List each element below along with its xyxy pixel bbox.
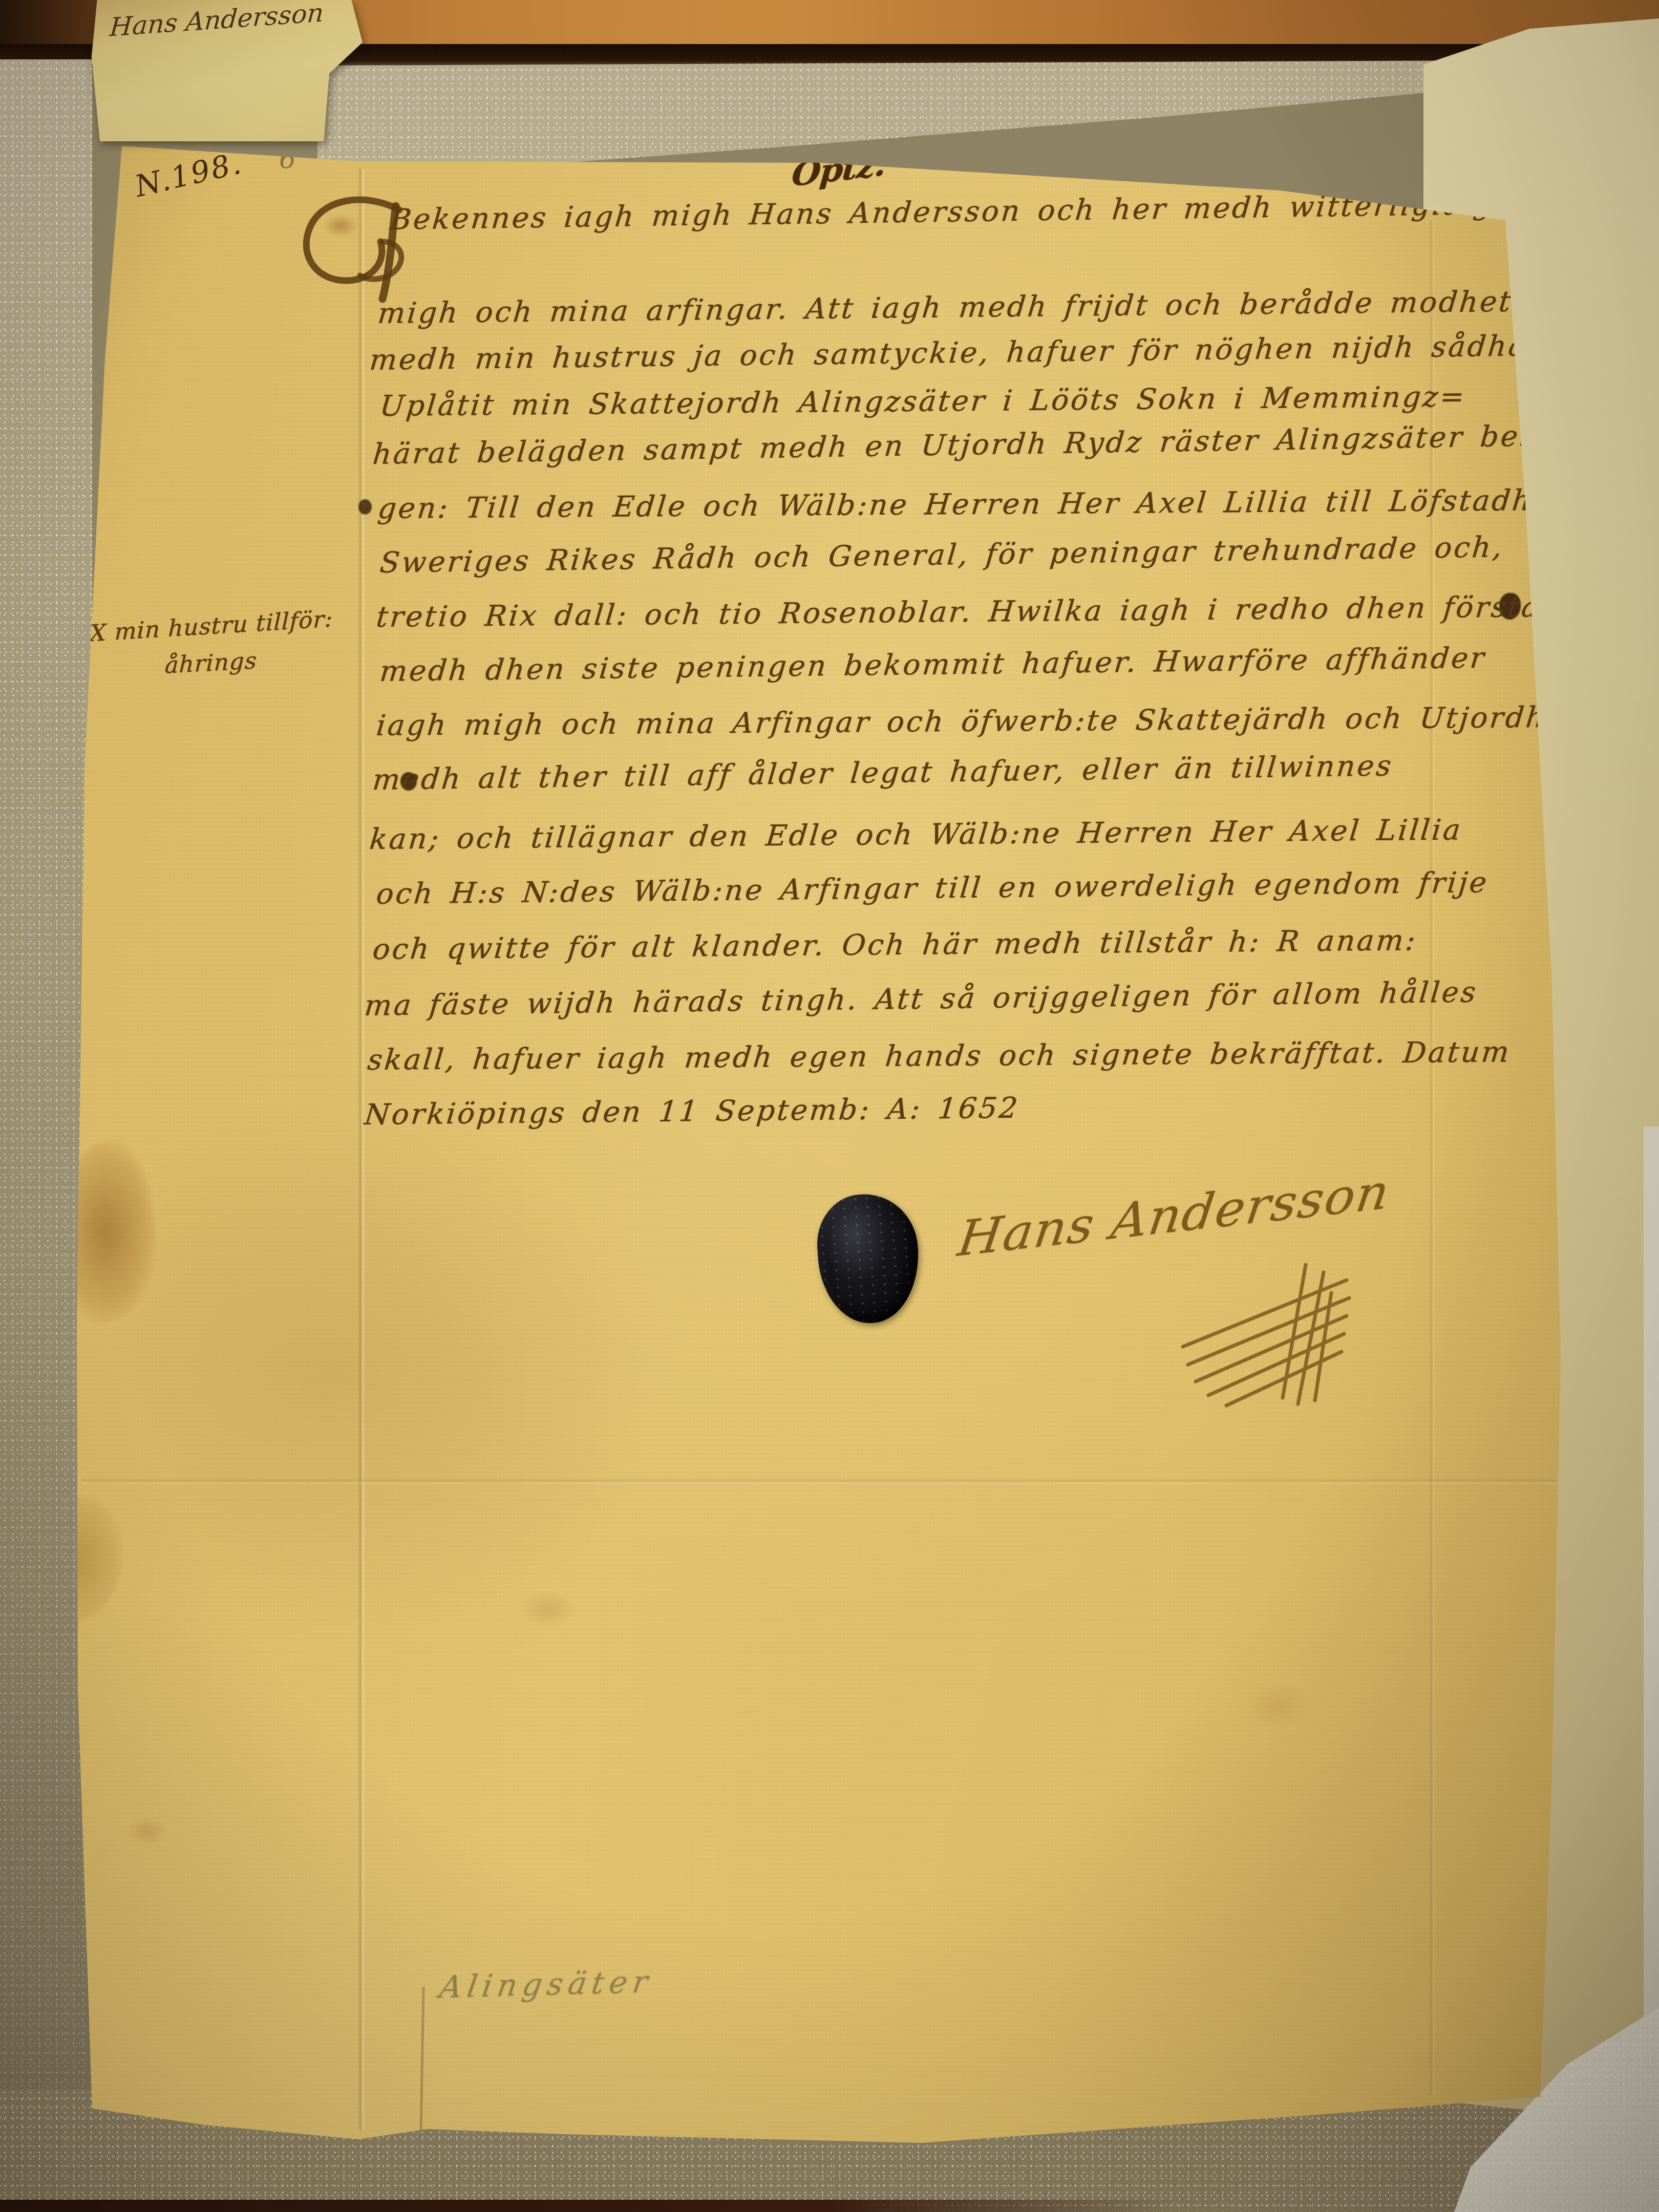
manuscript-line: kan; och tillägnar den Edle och Wälb:ne …	[368, 816, 1463, 854]
paper-label-tag-body: Hans Andersson	[86, 0, 363, 141]
margin-note-line: åhrings	[164, 649, 258, 676]
manuscript-line: medh alt ther till aff ålder legat hafue…	[371, 752, 1394, 795]
manuscript-line: och qwitte för alt klander. Och här medh…	[371, 926, 1418, 964]
signature-paraph-icon	[1178, 1244, 1352, 1408]
fold-crease	[357, 169, 366, 2130]
manuscript-line: ma fäste wijdh härads tingh. Att så orij…	[363, 978, 1479, 1020]
photo-bottom-edge	[0, 2200, 1178, 2212]
ink-blot	[358, 499, 372, 515]
parchment-document: N.198. 6 Optz. Bekennes iagh migh Hans A…	[0, 0, 1659, 2212]
manuscript-line: migh och mina arfingar. Att iagh medh fr…	[376, 286, 1629, 328]
manuscript-line: Sweriges Rikes Rådh och General, för pen…	[378, 533, 1505, 578]
tag-name-text: Hans Andersson	[109, 0, 325, 40]
fold-crease	[82, 1478, 1557, 1485]
manuscript-line: tretio Rix dall: och tio Rosenoblar. Hwi…	[375, 593, 1542, 632]
manuscript-line: Bekennes iagh migh Hans Andersson och he…	[389, 189, 1605, 235]
archival-number: N.198.	[132, 148, 245, 201]
margin-note-line: X min hustru tillför:	[90, 607, 333, 645]
manuscript-line: och H:s N:des Wälb:ne Arfingar till en o…	[375, 868, 1490, 909]
manuscript-line: Norkiöpings den 11 Septemb: A: 1652	[363, 1094, 1020, 1130]
pencil-folio-number: 6	[279, 146, 296, 173]
manuscript-line: medh min hustrus ja och samtyckie, hafue…	[368, 330, 1659, 375]
manuscript-line: gen: Till den Edle och Wälb:ne Herren He…	[376, 486, 1564, 523]
paper-label-tag: Hans Andersson	[86, 0, 363, 141]
stain	[522, 1592, 573, 1625]
mat-shading	[0, 59, 92, 2212]
stain	[1244, 1685, 1311, 1728]
stain	[128, 1818, 167, 1844]
manuscript-line: Uplåtit min Skattejordh Alingzsäter i Lö…	[378, 383, 1467, 421]
scribal-mark: Optz.	[791, 148, 887, 192]
manuscript-line: skall, hafuer iagh medh egen hands och s…	[366, 1038, 1512, 1075]
manuscript-line: iagh migh och mina Arfingar och öfwerb:t…	[375, 704, 1548, 740]
initial-letter-flourish-icon	[289, 195, 407, 307]
pencil-annotation: Alingsäter	[438, 1967, 655, 2003]
manuscript-line: härat belägden sampt medh en Utjordh Ryd…	[371, 421, 1577, 469]
photo-of-manuscript: N.198. 6 Optz. Bekennes iagh migh Hans A…	[0, 0, 1659, 2212]
fold-crease	[419, 1987, 424, 2135]
table-mat-left	[0, 59, 92, 2212]
manuscript-line: medh dhen siste peningen bekommit hafuer…	[378, 644, 1487, 686]
